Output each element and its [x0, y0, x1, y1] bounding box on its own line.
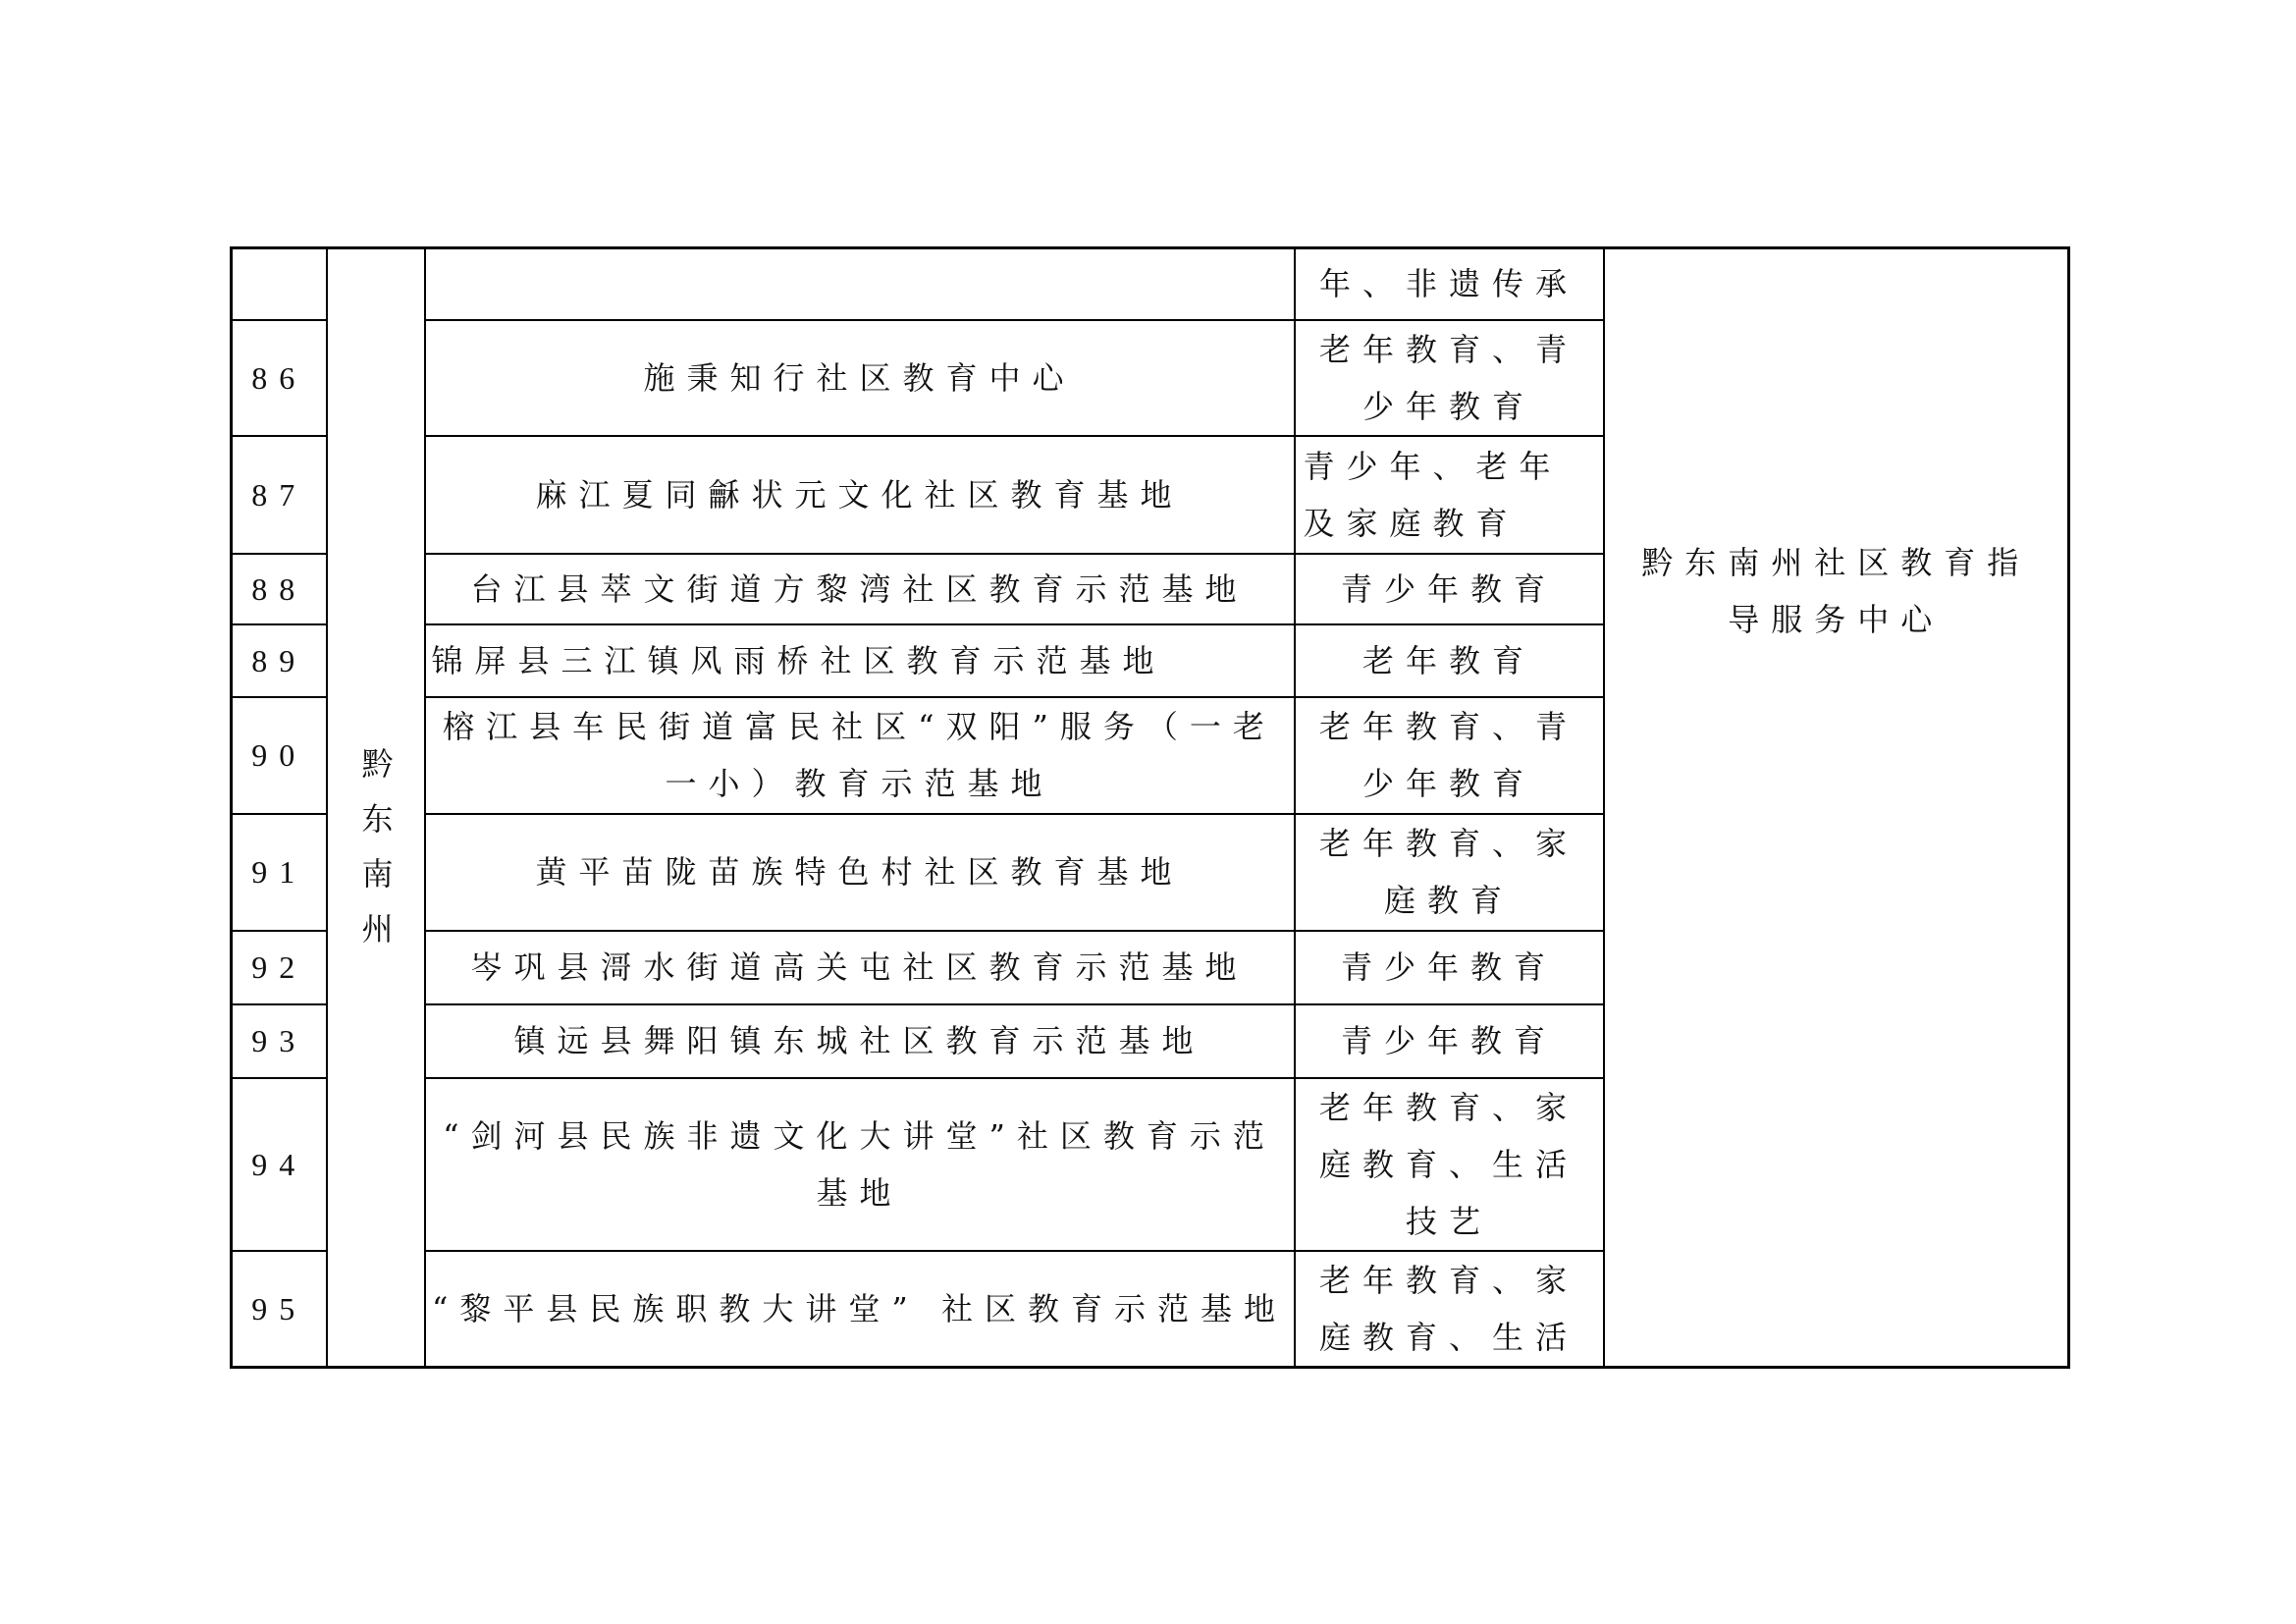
education-type: 老年教育、青少年教育 [1295, 697, 1604, 814]
education-type: 老年教育 [1295, 624, 1604, 697]
base-name: 岑巩县滒水街道高关屯社区教育示范基地 [425, 931, 1295, 1004]
education-type: 青少年教育 [1295, 1004, 1604, 1078]
education-base-table: 黔东南州 年、非遗传承 黔东南州社区教育指导服务中心 86 施秉知行社区教育中心… [230, 246, 2070, 1369]
base-name: 镇远县舞阳镇东城社区教育示范基地 [425, 1004, 1295, 1078]
row-index: 91 [232, 814, 327, 931]
row-index: 87 [232, 436, 327, 554]
table-row: 黔东南州 年、非遗传承 黔东南州社区教育指导服务中心 [232, 248, 2069, 320]
region-cell: 黔东南州 [327, 248, 425, 1368]
row-index: 88 [232, 554, 327, 624]
row-index: 93 [232, 1004, 327, 1078]
row-index: 95 [232, 1251, 327, 1368]
base-name: 台江县萃文街道方黎湾社区教育示范基地 [425, 554, 1295, 624]
education-type: 青少年、老年及家庭教育 [1295, 436, 1604, 554]
base-name: 榕江县车民街道富民社区“双阳”服务（一老一小）教育示范基地 [425, 697, 1295, 814]
education-type: 老年教育、青少年教育 [1295, 320, 1604, 436]
row-index: 86 [232, 320, 327, 436]
organization-label: 黔东南州社区教育指导服务中心 [1641, 544, 2030, 638]
base-name: 麻江夏同龢状元文化社区教育基地 [425, 436, 1295, 554]
base-name: “剑河县民族非遗文化大讲堂”社区教育示范基地 [425, 1078, 1295, 1251]
base-name [425, 248, 1295, 320]
row-index: 94 [232, 1078, 327, 1251]
row-index: 90 [232, 697, 327, 814]
row-index: 89 [232, 624, 327, 697]
education-type: 老年教育、家庭教育、生活 [1295, 1251, 1604, 1368]
education-type: 青少年教育 [1295, 554, 1604, 624]
base-name: 锦屏县三江镇风雨桥社区教育示范基地 [425, 624, 1295, 697]
base-name: 黄平苗陇苗族特色村社区教育基地 [425, 814, 1295, 931]
base-name: 施秉知行社区教育中心 [425, 320, 1295, 436]
organization-cell: 黔东南州社区教育指导服务中心 [1604, 248, 2069, 1368]
education-type: 年、非遗传承 [1295, 248, 1604, 320]
row-index [232, 248, 327, 320]
base-name: “黎平县民族职教大讲堂” 社区教育示范基地 [425, 1251, 1295, 1368]
education-type: 青少年教育 [1295, 931, 1604, 1004]
education-type: 老年教育、家庭教育、生活技艺 [1295, 1078, 1604, 1251]
education-type: 老年教育、家庭教育 [1295, 814, 1604, 931]
row-index: 92 [232, 931, 327, 1004]
region-label: 黔东南州 [356, 747, 396, 967]
